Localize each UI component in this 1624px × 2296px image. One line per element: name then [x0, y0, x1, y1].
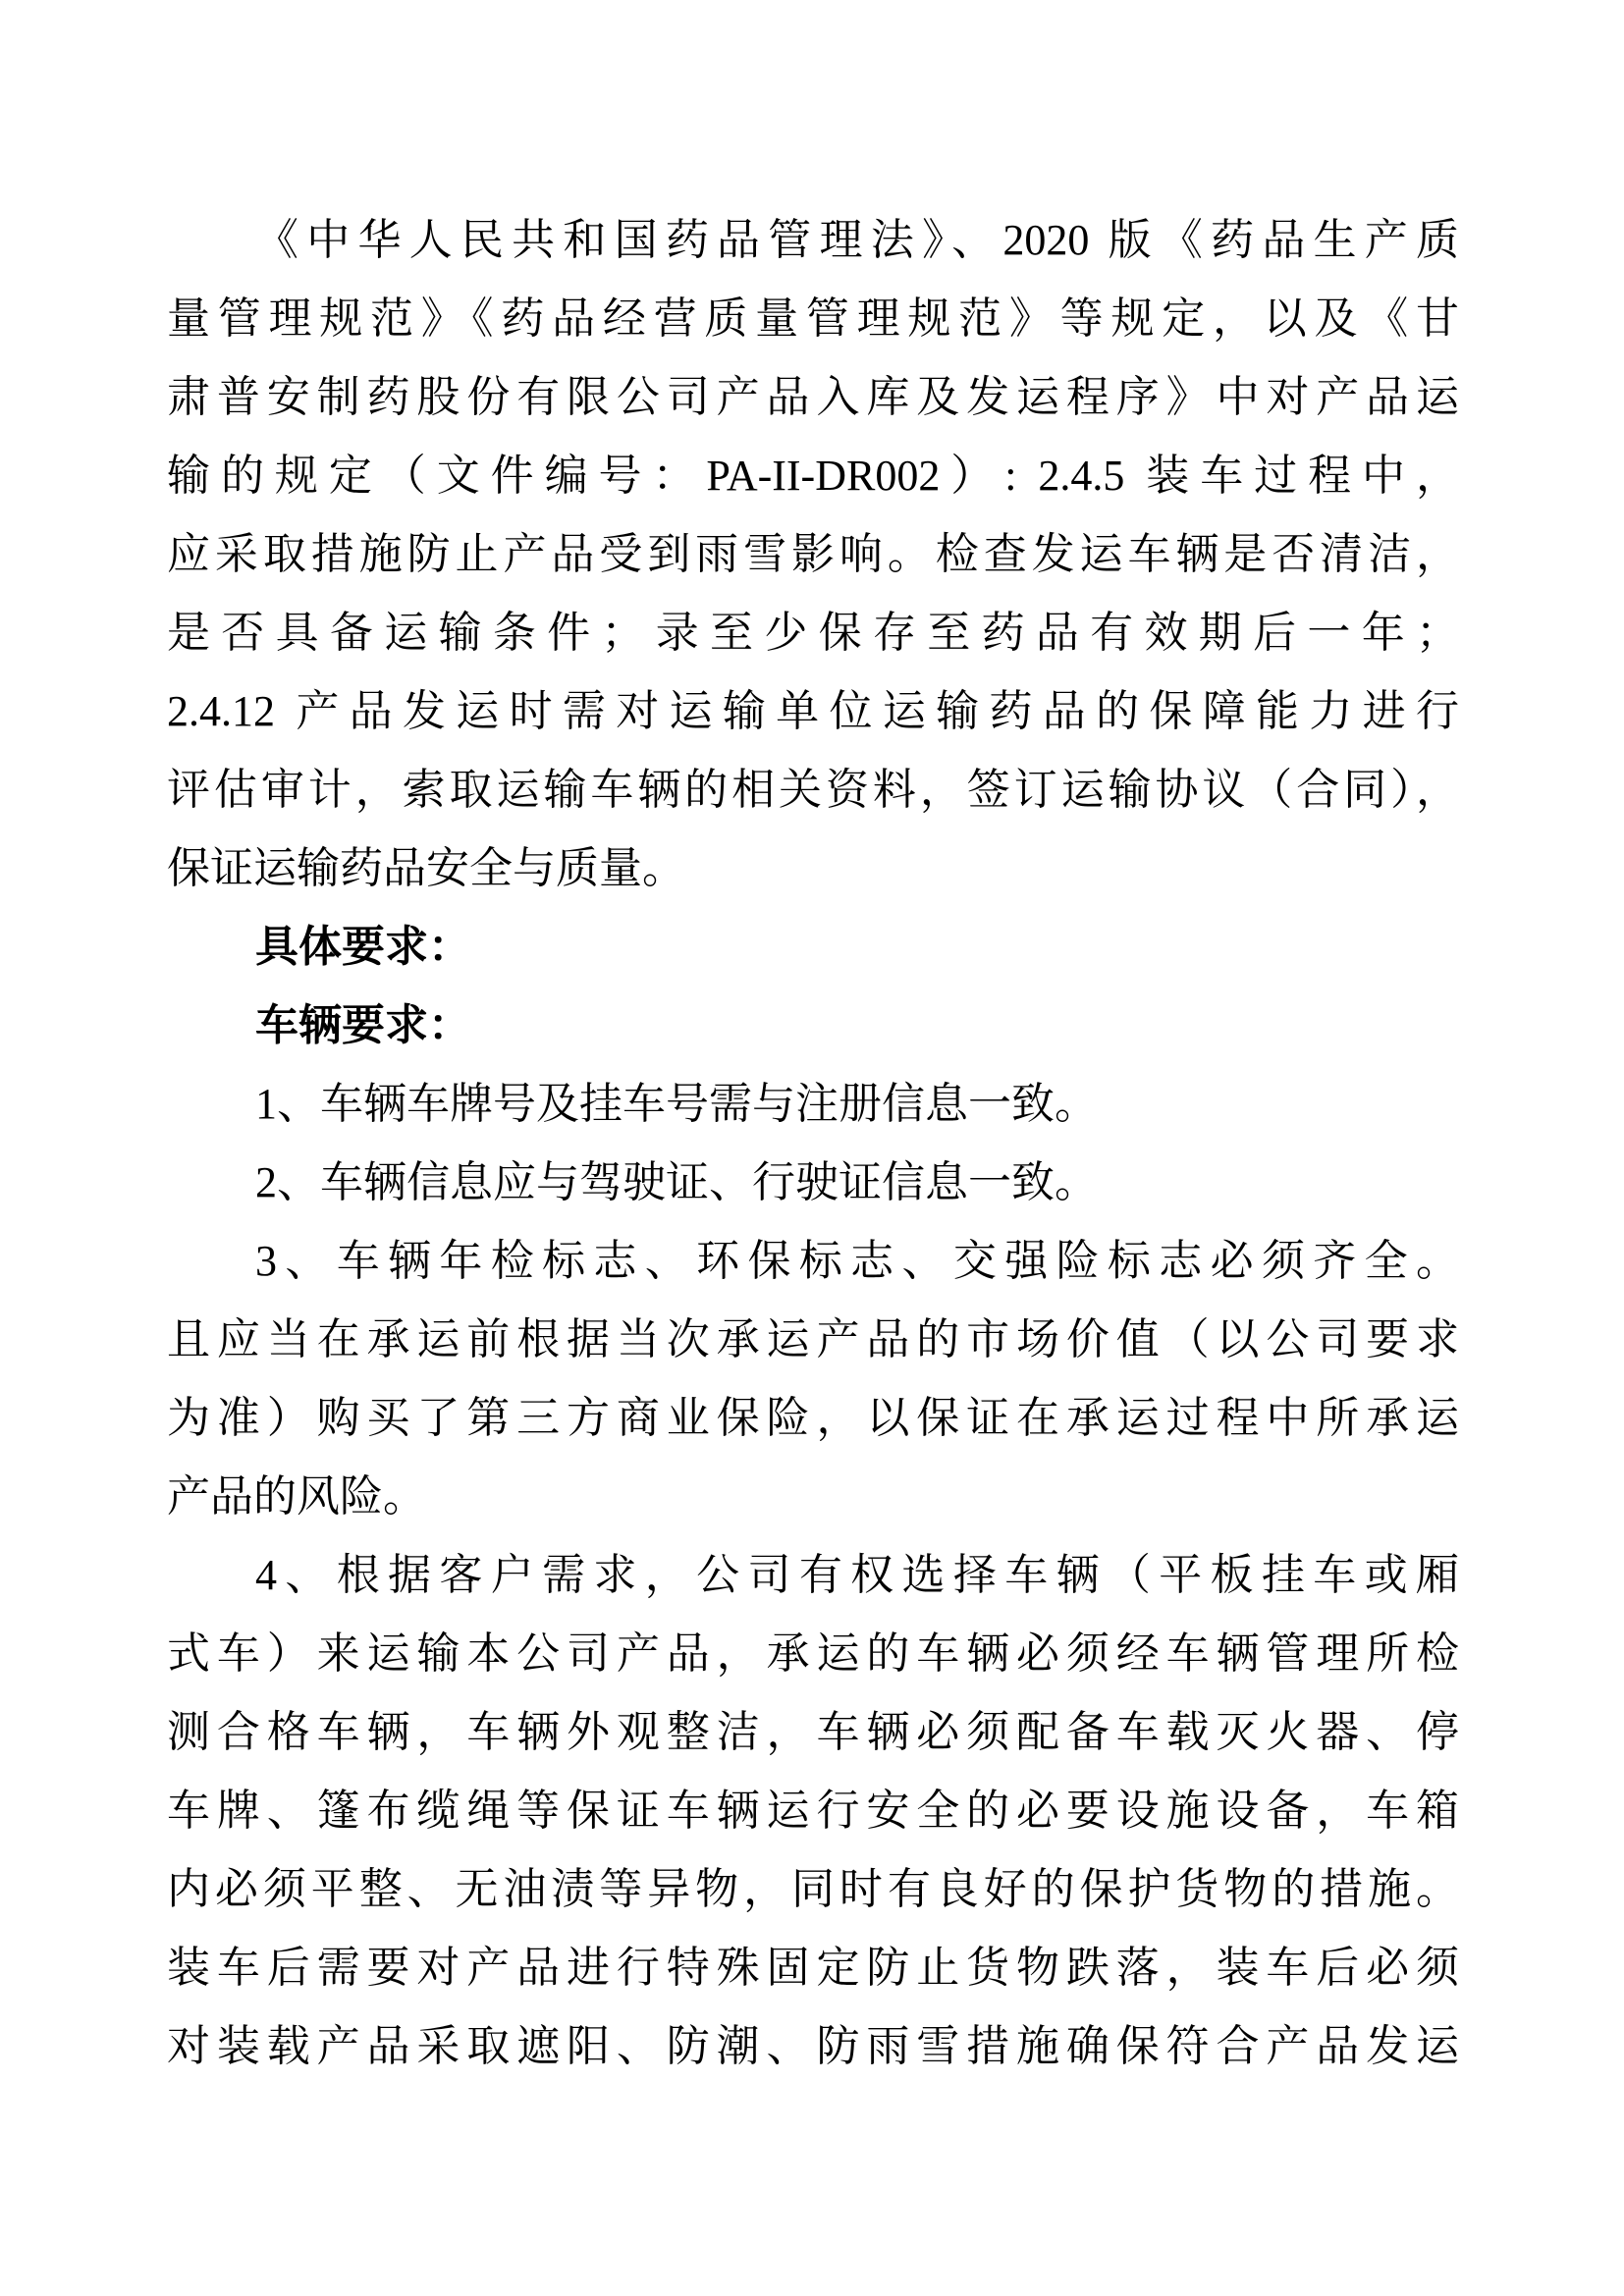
section-heading: 车辆要求：: [167, 987, 1459, 1065]
text-line: 2.4.12 产品发运时需对运输单位运输药品的保障能力进行: [167, 672, 1459, 751]
text-line: 装车后需要对产品进行特殊固定防止货物跌落，装车后必须: [167, 1929, 1459, 2007]
text-line: 评估审计，索取运输车辆的相关资料，签订运输协议（合同），: [167, 751, 1459, 829]
list-item: 1、车辆车牌号及挂车号需与注册信息一致。: [167, 1065, 1459, 1144]
text-line: 车牌、篷布缆绳等保证车辆运行安全的必要设施设备，车箱: [167, 1772, 1459, 1850]
text-line: 测合格车辆，车辆外观整洁，车辆必须配备车载灭火器、停: [167, 1693, 1459, 1772]
text-line: 《中华人民共和国药品管理法》、2020 版《药品生产质: [167, 201, 1459, 280]
list-item: 2、车辆信息应与驾驶证、行驶证信息一致。: [167, 1144, 1459, 1222]
list-item: 3、车辆年检标志、环保标志、交强险标志必须齐全。: [167, 1222, 1459, 1301]
text-line: 输的规定（文件编号：PA-II-DR002）: 2.4.5 装车过程中，: [167, 437, 1459, 515]
list-item: 4、根据客户需求，公司有权选择车辆（平板挂车或厢: [167, 1536, 1459, 1615]
document-page: 《中华人民共和国药品管理法》、2020 版《药品生产质 量管理规范》《药品经营质…: [0, 0, 1624, 2296]
text-line: 对装载产品采取遮阳、防潮、防雨雪措施确保符合产品发运: [167, 2007, 1459, 2086]
text-line: 产品的风险。: [167, 1458, 1459, 1536]
text-line: 肃普安制药股份有限公司产品入库及发运程序》中对产品运: [167, 358, 1459, 437]
text-line: 量管理规范》《药品经营质量管理规范》等规定，以及《甘: [167, 280, 1459, 358]
text-line: 是否具备运输条件；录至少保存至药品有效期后一年；: [167, 594, 1459, 672]
document-text: 《中华人民共和国药品管理法》、2020 版《药品生产质 量管理规范》《药品经营质…: [167, 201, 1459, 2086]
text-line: 保证运输药品安全与质量。: [167, 829, 1459, 908]
text-line: 式车）来运输本公司产品，承运的车辆必须经车辆管理所检: [167, 1615, 1459, 1693]
text-line: 且应当在承运前根据当次承运产品的市场价值（以公司要求: [167, 1301, 1459, 1379]
text-line: 内必须平整、无油渍等异物，同时有良好的保护货物的措施。: [167, 1850, 1459, 1929]
text-line: 为准）购买了第三方商业保险，以保证在承运过程中所承运: [167, 1379, 1459, 1458]
section-heading: 具体要求：: [167, 908, 1459, 987]
text-line: 应采取措施防止产品受到雨雪影响。检查发运车辆是否清洁，: [167, 515, 1459, 594]
